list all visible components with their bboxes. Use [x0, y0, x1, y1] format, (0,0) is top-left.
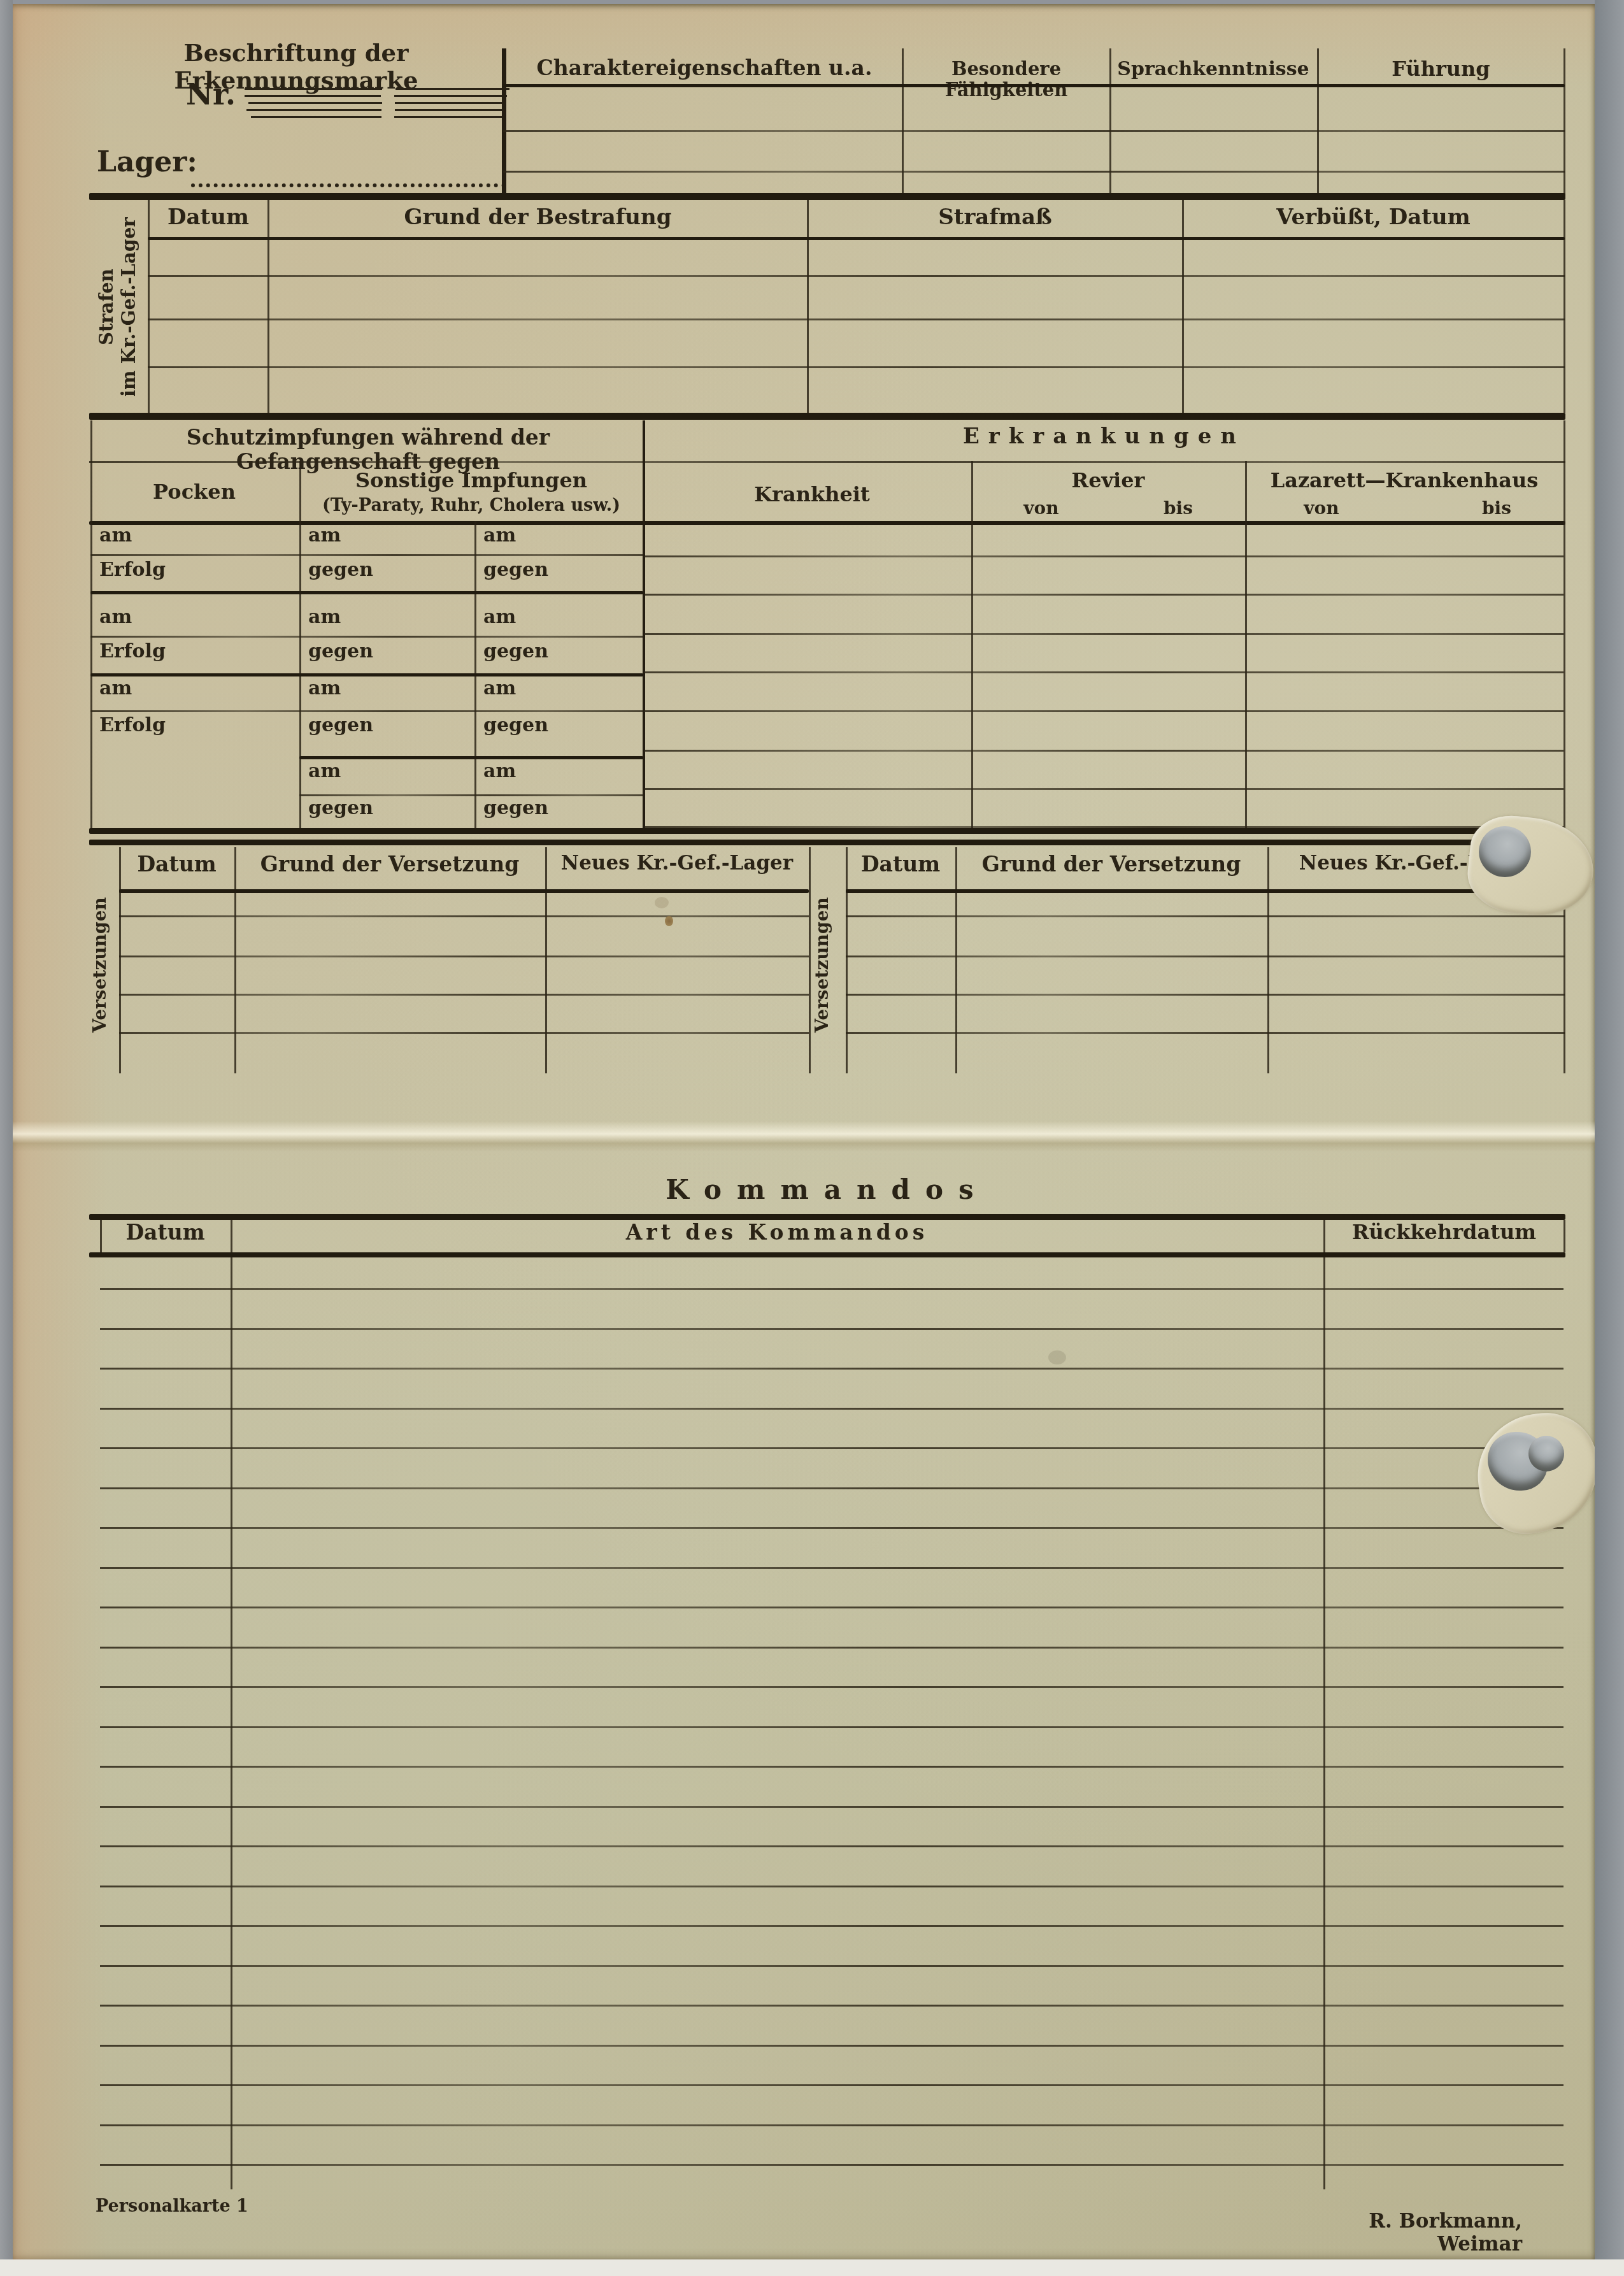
rule-thick [89, 828, 1565, 834]
rule-thin [100, 1845, 1563, 1847]
rule-thin [100, 2084, 1563, 2086]
rule-thin [100, 2124, 1563, 2126]
rule-thin [100, 2045, 1563, 2047]
rule-thin [645, 555, 1563, 557]
strafen-side-label-line1: Strafen [96, 211, 118, 403]
rule-thin [846, 915, 1565, 917]
versetzungen-col-grund: Grund der Versetzung [957, 852, 1266, 877]
rule-thick [119, 889, 809, 893]
punch-hole [1528, 1436, 1564, 1471]
lager-dotted-line [191, 158, 506, 187]
rule-vertical [1563, 1220, 1565, 1252]
stain [655, 897, 669, 908]
rule-thin [503, 171, 1565, 173]
rule-thin [100, 1886, 1563, 1887]
rule-thin [645, 710, 1563, 712]
rule-thin [90, 554, 643, 556]
rule-thin [100, 1328, 1563, 1330]
rule-thick [148, 237, 1565, 240]
cell-erfolg: Erfolg [99, 641, 166, 663]
rule-thin [645, 633, 1563, 635]
rule-vertical [90, 420, 92, 831]
cell-am: am [308, 678, 341, 700]
strafen-col-strafmass: Strafmaß [808, 205, 1182, 230]
traits-col-sprachkenntnisse: Sprachkenntnisse [1111, 59, 1316, 81]
rule-thin [100, 1686, 1563, 1688]
rule-vertical [545, 847, 547, 1073]
rule-line [245, 88, 509, 90]
rule-vertical [955, 847, 957, 1073]
cell-erfolg: Erfolg [99, 715, 166, 737]
rule-vertical [267, 200, 269, 413]
rule-vertical [299, 461, 301, 831]
rule-thin [645, 594, 1563, 596]
traits-col-faehigkeiten: Besondere Fähigkeiten [903, 59, 1109, 101]
cell-gegen: gegen [308, 715, 373, 737]
rule-thick [299, 756, 643, 759]
rule-vertical [1323, 1220, 1325, 2189]
rule-vertical [846, 847, 848, 1073]
rule-thin [645, 671, 1563, 673]
rule-thin [100, 1567, 1563, 1569]
rule-thin [148, 275, 1565, 277]
rule-thick [846, 889, 1565, 893]
versetzungen-col-grund: Grund der Versetzung [236, 852, 544, 877]
footer-form-name: Personalkarte 1 [96, 2196, 248, 2216]
rule-thin [846, 1032, 1565, 1034]
strafen-side-label: Strafen im Kr.-Gef.-Lager [96, 211, 146, 403]
rule-thin [148, 318, 1565, 320]
scanner-edge-left [0, 0, 13, 2276]
id-block-title: Beschriftung der Erkennungsmarke [96, 39, 497, 94]
rule-thin [100, 2005, 1563, 2007]
rule-line [248, 102, 506, 104]
erkrankungen-col-lazarett: Lazarett—Krankenhaus [1246, 469, 1562, 492]
rule-vertical [971, 461, 973, 831]
revier-bis-label: bis [1140, 498, 1216, 519]
rule-thin [100, 1408, 1563, 1410]
cell-gegen: gegen [483, 641, 548, 663]
rule-thin [148, 366, 1565, 368]
rule-thin [100, 1806, 1563, 1808]
cell-gegen: gegen [483, 715, 548, 737]
lager-label: Lager: [97, 147, 197, 179]
rule-thick [89, 1214, 1565, 1220]
rule-thin [100, 1607, 1563, 1608]
cell-am: am [483, 525, 516, 547]
rule-thick [90, 591, 643, 594]
rule-line [246, 109, 506, 111]
kommandos-col-datum: Datum [101, 1220, 229, 1245]
rule-thick [90, 673, 643, 676]
scanner-edge-bottom [0, 2259, 1624, 2276]
fold-crease [13, 1121, 1595, 1152]
stain [665, 916, 673, 926]
rule-thin [100, 1925, 1563, 1927]
versetzungen-col-neues-lager: Neues Kr.-Gef.-Lager [546, 852, 808, 875]
rule-thin [89, 461, 1565, 463]
cell-am: am [483, 678, 516, 700]
erkrankungen-col-revier: Revier [972, 469, 1244, 492]
rule-thin [100, 1726, 1563, 1728]
stain [1048, 1350, 1066, 1364]
rule-thick [89, 413, 1565, 420]
versetzungen-col-datum: Datum [120, 852, 233, 877]
versetzungen-side-label: Versetzungen [89, 857, 121, 1073]
rule-thin [645, 750, 1563, 752]
cell-gegen: gegen [308, 641, 373, 663]
rule-vertical [231, 1220, 232, 2189]
impfungen-col-sonstige: Sonstige Impfungen [301, 469, 642, 492]
punch-hole [1479, 826, 1531, 877]
scanner-edge-right [1595, 0, 1624, 2276]
scanned-personalkarte-page: Beschriftung der Erkennungsmarke Nr. Lag… [0, 0, 1624, 2276]
revier-von-label: von [1003, 498, 1079, 519]
rule-vertical [1563, 420, 1565, 831]
rule-vertical [148, 200, 150, 413]
strafen-col-grund: Grund der Bestrafung [269, 205, 807, 230]
rule-thin [119, 994, 809, 996]
rule-vertical [1563, 48, 1565, 195]
kommandos-title: Kommandos [89, 1175, 1565, 1205]
erkrankungen-col-krankheit: Krankheit [654, 483, 970, 506]
rule-thin [119, 1032, 809, 1034]
rule-thick [503, 84, 1565, 87]
cell-am: am [308, 525, 341, 547]
rule-thin [100, 1965, 1563, 1967]
rule-thin [299, 794, 643, 796]
rule-thick [89, 193, 1565, 200]
versetzungen-side-label: Versetzungen [811, 857, 843, 1073]
kommandos-col-art: Art des Kommandos [232, 1220, 1322, 1245]
rule-thin [645, 788, 1563, 790]
cell-am: am [308, 761, 341, 783]
lazarett-von-label: von [1283, 498, 1360, 519]
impfungen-header: Schutzimpfungen während der Gefangenscha… [96, 426, 641, 474]
rule-vertical [234, 847, 236, 1073]
cell-am: am [99, 525, 132, 547]
rule-vertical [1563, 200, 1565, 413]
cell-am: am [308, 606, 341, 629]
kommandos-col-rueckkehr: Rückkehrdatum [1325, 1220, 1563, 1244]
footer-printer-imprint: R. Borkmann, Weimar [1293, 2210, 1522, 2256]
erkrankungen-header: Erkrankungen [643, 424, 1565, 449]
cell-am: am [483, 761, 516, 783]
rule-line [251, 116, 502, 118]
cell-gegen: gegen [308, 798, 373, 820]
rule-vertical [1245, 461, 1247, 831]
rule-thin [503, 130, 1565, 132]
versetzungen-col-datum: Datum [847, 852, 954, 877]
rule-thin [100, 1527, 1563, 1529]
cell-am: am [99, 606, 132, 629]
rule-line [245, 95, 507, 97]
rule-thin [100, 1487, 1563, 1489]
lazarett-bis-label: bis [1458, 498, 1535, 519]
nr-label: Nr. [186, 78, 236, 111]
rule-vertical [502, 48, 506, 195]
strafen-col-verbuesst: Verbüßt, Datum [1183, 205, 1563, 230]
rule-thin [119, 955, 809, 957]
traits-col-fuehrung: Führung [1318, 57, 1563, 81]
rule-vertical [809, 847, 811, 1073]
rule-thin [100, 1288, 1563, 1290]
cell-erfolg: Erfolg [99, 559, 166, 582]
rule-thin [100, 1647, 1563, 1649]
rule-vertical [807, 200, 809, 413]
strafen-side-label-line2: im Kr.-Gef.-Lager [118, 211, 140, 403]
rule-thin [119, 915, 809, 917]
rule-thin [100, 1368, 1563, 1370]
rule-vertical [1182, 200, 1184, 413]
traits-col-charakter: Charaktereigenschaften u.a. [509, 56, 899, 80]
impfungen-col-pocken: Pocken [90, 480, 298, 504]
rule-vertical [643, 420, 645, 831]
rule-thin [100, 2164, 1563, 2166]
rule-thin [846, 994, 1565, 996]
impfungen-col-sonstige-sub: (Ty-Paraty, Ruhr, Cholera usw.) [301, 496, 642, 515]
cell-gegen: gegen [483, 798, 548, 820]
rule-vertical [1267, 847, 1269, 1073]
cell-am: am [483, 606, 516, 629]
rule-thick [89, 840, 1565, 845]
cell-am: am [99, 678, 132, 700]
rule-thin [90, 636, 643, 638]
cell-gegen: gegen [308, 559, 373, 582]
rule-thin [100, 1447, 1563, 1449]
rule-thin [100, 1766, 1563, 1768]
rule-thick [89, 1252, 1565, 1257]
rule-thin [90, 710, 643, 712]
rule-thin [846, 955, 1565, 957]
cell-gegen: gegen [483, 559, 548, 582]
nr-ruled-lines [245, 88, 509, 123]
rule-vertical [119, 847, 121, 1073]
strafen-col-datum: Datum [149, 205, 267, 230]
